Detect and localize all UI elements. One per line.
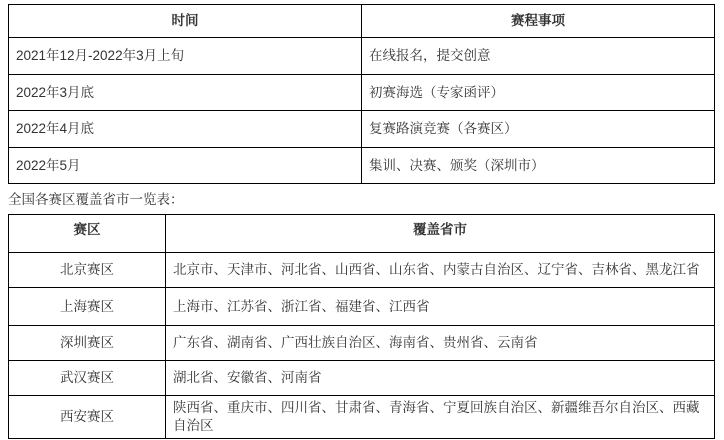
regions-header-row: 赛区 覆盖省市 [9, 215, 715, 253]
region-provinces-cell: 北京市、天津市、河北省、山西省、山东省、内蒙古自治区、辽宁省、吉林省、黑龙江省 [166, 253, 715, 288]
schedule-time-cell: 2022年4月底 [9, 111, 362, 148]
schedule-header-row: 时间 赛程事项 [9, 5, 715, 38]
schedule-time-cell: 2022年5月 [9, 148, 362, 184]
schedule-table: 时间 赛程事项 2021年12月-2022年3月上旬 在线报名，提交创意 202… [8, 4, 715, 184]
table-row: 2021年12月-2022年3月上旬 在线报名，提交创意 [9, 38, 715, 75]
region-provinces-cell: 陕西省、重庆市、四川省、甘肃省、青海省、宁夏回族自治区、新疆维吾尔自治区、西藏自… [166, 396, 715, 439]
table-row: 北京赛区 北京市、天津市、河北省、山西省、山东省、内蒙古自治区、辽宁省、吉林省、… [9, 253, 715, 288]
schedule-header-time: 时间 [9, 5, 362, 38]
schedule-event-cell: 复赛路演竞赛（各赛区） [362, 111, 715, 148]
schedule-event-cell: 集训、决赛、颁奖（深圳市） [362, 148, 715, 184]
table-row: 2022年3月底 初赛海选（专家函评） [9, 75, 715, 111]
regions-header-zone: 赛区 [9, 215, 166, 253]
region-provinces-cell: 上海市、江苏省、浙江省、福建省、江西省 [166, 288, 715, 326]
region-zone-cell: 深圳赛区 [9, 326, 166, 361]
region-provinces-cell: 广东省、湖南省、广西壮族自治区、海南省、贵州省、云南省 [166, 326, 715, 361]
schedule-time-cell: 2021年12月-2022年3月上旬 [9, 38, 362, 75]
region-zone-cell: 武汉赛区 [9, 361, 166, 396]
region-zone-cell: 北京赛区 [9, 253, 166, 288]
regions-table: 赛区 覆盖省市 北京赛区 北京市、天津市、河北省、山西省、山东省、内蒙古自治区、… [8, 214, 715, 439]
table-row: 武汉赛区 湖北省、安徽省、河南省 [9, 361, 715, 396]
document-page: 时间 赛程事项 2021年12月-2022年3月上旬 在线报名，提交创意 202… [0, 0, 724, 439]
schedule-event-cell: 初赛海选（专家函评） [362, 75, 715, 111]
schedule-event-cell: 在线报名，提交创意 [362, 38, 715, 75]
table-row: 深圳赛区 广东省、湖南省、广西壮族自治区、海南省、贵州省、云南省 [9, 326, 715, 361]
regions-table-caption: 全国各赛区覆盖省市一览表： [8, 192, 714, 208]
region-zone-cell: 西安赛区 [9, 396, 166, 439]
table-row: 西安赛区 陕西省、重庆市、四川省、甘肃省、青海省、宁夏回族自治区、新疆维吾尔自治… [9, 396, 715, 439]
table-row: 2022年4月底 复赛路演竞赛（各赛区） [9, 111, 715, 148]
region-zone-cell: 上海赛区 [9, 288, 166, 326]
table-row: 2022年5月 集训、决赛、颁奖（深圳市） [9, 148, 715, 184]
schedule-time-cell: 2022年3月底 [9, 75, 362, 111]
table-row: 上海赛区 上海市、江苏省、浙江省、福建省、江西省 [9, 288, 715, 326]
schedule-header-event: 赛程事项 [362, 5, 715, 38]
regions-header-provinces: 覆盖省市 [166, 215, 715, 253]
region-provinces-cell: 湖北省、安徽省、河南省 [166, 361, 715, 396]
